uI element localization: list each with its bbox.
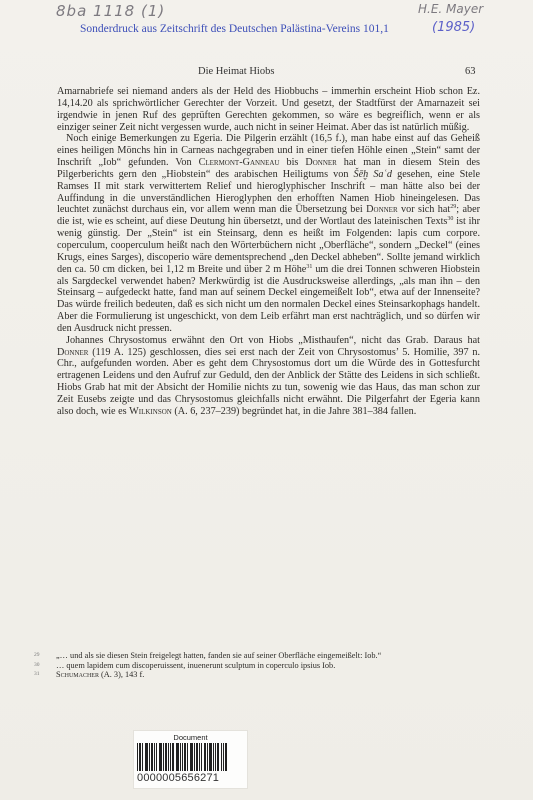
barcode-title: Document: [134, 733, 247, 742]
author-name: Donner: [366, 204, 397, 215]
barcode-number: 0000005656271: [137, 772, 219, 784]
barcode-icon: [137, 743, 243, 771]
footnote-30: 30 … quem lapidem cum discoperuissent, i…: [34, 661, 474, 671]
barcode-label: Document 0000005656271: [133, 730, 248, 789]
running-head-title: Die Heimat Hiobs: [198, 66, 274, 77]
offprint-stamp: Sonderdruck aus Zeitschrift des Deutsche…: [80, 23, 389, 35]
author-name: Wilkinson: [129, 406, 172, 417]
footnotes: 29 „… und als sie diesen Stein freigeleg…: [34, 651, 474, 680]
handwritten-year: (1985): [432, 20, 475, 35]
paragraph-1: Amarnabriefe sei niemand anders als der …: [57, 86, 480, 133]
footnote-29: 29 „… und als sie diesen Stein freigeleg…: [34, 651, 474, 661]
author-name: Clermont-Ganneau: [199, 157, 280, 168]
place-name: Šēḫ Saʿd: [354, 169, 392, 180]
author-name: Donner: [57, 347, 88, 358]
page-number: 63: [465, 66, 476, 77]
scanned-page: 8ba 1118 (1) H.E. Mayer (1985) Sonderdru…: [0, 0, 533, 800]
paragraph-2: Noch einige Bemerkungen zu Egeria. Die P…: [57, 133, 480, 334]
handwritten-author: H.E. Mayer: [418, 2, 483, 16]
paragraph-3: Johannes Chrysostomus erwähnt den Ort vo…: [57, 335, 480, 418]
body-text: Amarnabriefe sei niemand anders als der …: [57, 86, 480, 418]
author-name: Donner: [305, 157, 336, 168]
footnote-31: 31 Schumacher (A. 3), 143 f.: [34, 670, 474, 680]
handwritten-shelfmark: 8ba 1118 (1): [56, 2, 165, 20]
